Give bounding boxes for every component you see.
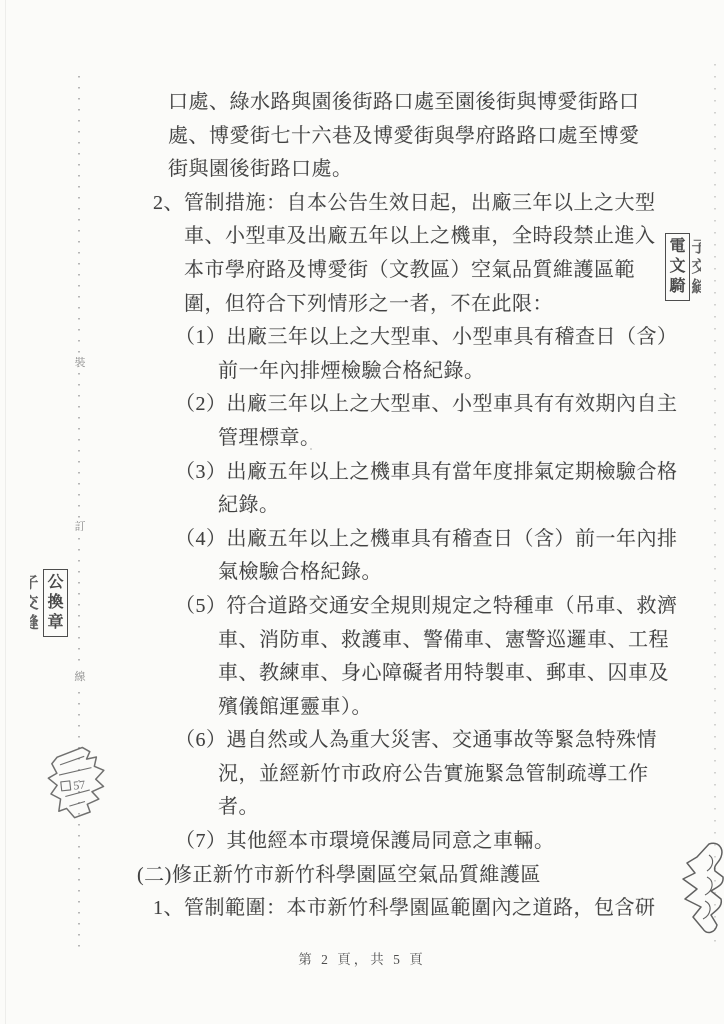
stamp-column-main: 公換章	[46, 573, 65, 633]
text-line: 車、消防車、救護車、警備車、憲警巡邏車、工程	[0, 624, 724, 658]
page-number-footer: 第 2 頁，共 5 頁	[0, 948, 724, 968]
text-line: 處、博愛街七十六巷及博愛街與學府路路口處至博愛	[0, 120, 724, 154]
stamp-char: 騎	[668, 277, 687, 297]
stamp-char: 交	[30, 594, 40, 614]
irregular-seal-bottom-right	[678, 840, 724, 940]
stamp-column-half: 子交縫	[690, 238, 701, 298]
text-line: 紀錄。	[0, 489, 724, 523]
stamp-char: 換	[46, 593, 65, 613]
text-line: 2、管制措施：自本公告生效日起，出廠三年以上之大型	[0, 187, 724, 221]
text-line: （1）出廠三年以上之大型車、小型車具有稽查日（含）	[0, 321, 724, 355]
stamp-border-box: 電文騎	[665, 233, 690, 301]
stamp-border-box: 公換章	[43, 569, 68, 637]
scanned-document-page: 裝 訂 線 口處、綠水路與園後街路口處至園後街與博愛街路口處、博愛街七十六巷及博…	[0, 0, 724, 1024]
scan-noise-specks	[310, 448, 312, 450]
stamp-column-main: 電文騎	[668, 237, 687, 297]
stamp-char: 交	[690, 258, 701, 278]
exchange-seam-stamp-left: 子交縫 公換章	[30, 569, 68, 637]
text-line: 車、教練車、身心障礙者用特製車、郵車、囚車及	[0, 657, 724, 691]
text-line: 圍，但符合下列情形之一者，不在此限：	[0, 288, 724, 322]
text-line: （2）出廠三年以上之大型車、小型車具有有效期內自主	[0, 388, 724, 422]
stamp-char: 章	[46, 613, 65, 633]
text-line: （5）符合道路交通安全規則規定之特種車（吊車、救濟	[0, 590, 724, 624]
text-line: 本市學府路及博愛街（文教區）空氣品質維護區範	[0, 254, 724, 288]
irregular-seal-bottom-left: 57	[42, 741, 116, 825]
text-line: 車、小型車及出廠五年以上之機車，全時段禁止進入	[0, 220, 724, 254]
stamp-char: 縫	[690, 278, 701, 298]
text-line: 管理標章。	[0, 422, 724, 456]
stamp-char: 子	[690, 238, 701, 258]
stamp-column-half: 子交縫	[30, 574, 42, 634]
text-line: （4）出廠五年以上之機車具有稽查日（含）前一年內排	[0, 523, 724, 557]
stamp-char: 縫	[30, 614, 40, 634]
text-line: 前一年內排煙檢驗合格紀錄。	[0, 355, 724, 389]
stamp-char: 公	[46, 573, 65, 593]
text-line: 氣檢驗合格紀錄。	[0, 556, 724, 590]
stamp-char: 文	[668, 257, 687, 277]
exchange-seam-stamp-right: 電文騎 子交縫	[665, 233, 701, 301]
text-line: 口處、綠水路與園後街路口處至園後街與博愛街路口	[0, 86, 724, 120]
text-line: （3）出廠五年以上之機車具有當年度排氣定期檢驗合格	[0, 456, 724, 490]
text-line: (二)修正新竹市新竹科學園區空氣品質維護區	[0, 859, 724, 893]
stamp-char: 電	[668, 237, 687, 257]
text-line: （7）其他經本市環境保護局同意之車輛。	[0, 825, 724, 859]
text-line: 1、管制範圍：本市新竹科學園區範圍內之道路，包含研	[0, 892, 724, 926]
stamp-char: 子	[30, 574, 40, 594]
text-line: 殯儀館運靈車）。	[0, 691, 724, 725]
seal-mark-text: 57	[73, 777, 86, 792]
text-line: 街與園後街路口處。	[0, 153, 724, 187]
